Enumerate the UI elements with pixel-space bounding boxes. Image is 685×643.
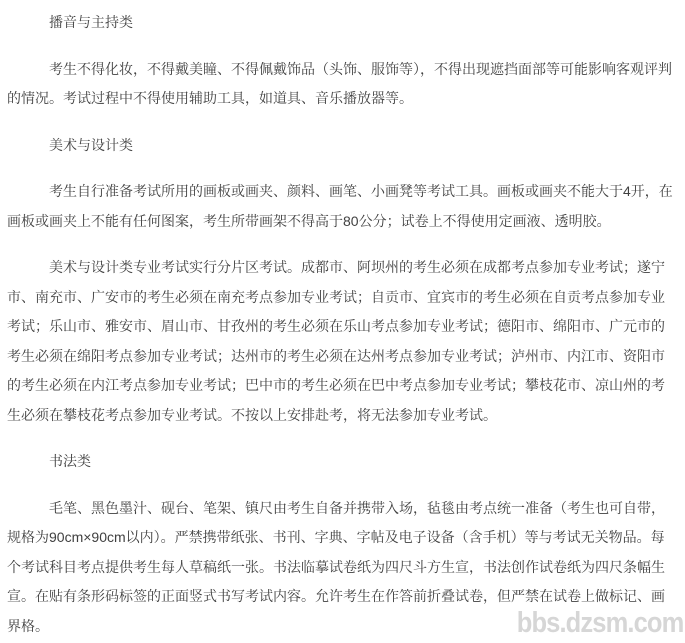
category-heading-art-design: 美术与设计类 <box>7 131 678 161</box>
paragraph-art-exam-districts: 美术与设计类专业考试实行分片区考试。成都市、阿坝州的考生必须在成都考点参加专业考… <box>7 253 678 430</box>
paragraph-art-tools: 考生自行准备考试所用的画板或画夹、颜料、画笔、小画凳等考试工具。画板或画夹不能大… <box>7 177 678 236</box>
post-content: 播音与主持类 考生不得化妆，不得戴美瞳、不得佩戴饰品（头饰、服饰等），不得出现遮… <box>0 0 685 641</box>
paragraph-broadcast-rules: 考生不得化妆，不得戴美瞳、不得佩戴饰品（头饰、服饰等），不得出现遮挡面部等可能影… <box>7 55 678 114</box>
category-heading-calligraphy: 书法类 <box>7 447 678 477</box>
paragraph-calligraphy-rules: 毛笔、黑色墨汁、砚台、笔架、镇尺由考生自备并携带入场，毡毯由考点统一准备（考生也… <box>7 494 678 642</box>
category-heading-broadcast: 播音与主持类 <box>7 8 678 38</box>
